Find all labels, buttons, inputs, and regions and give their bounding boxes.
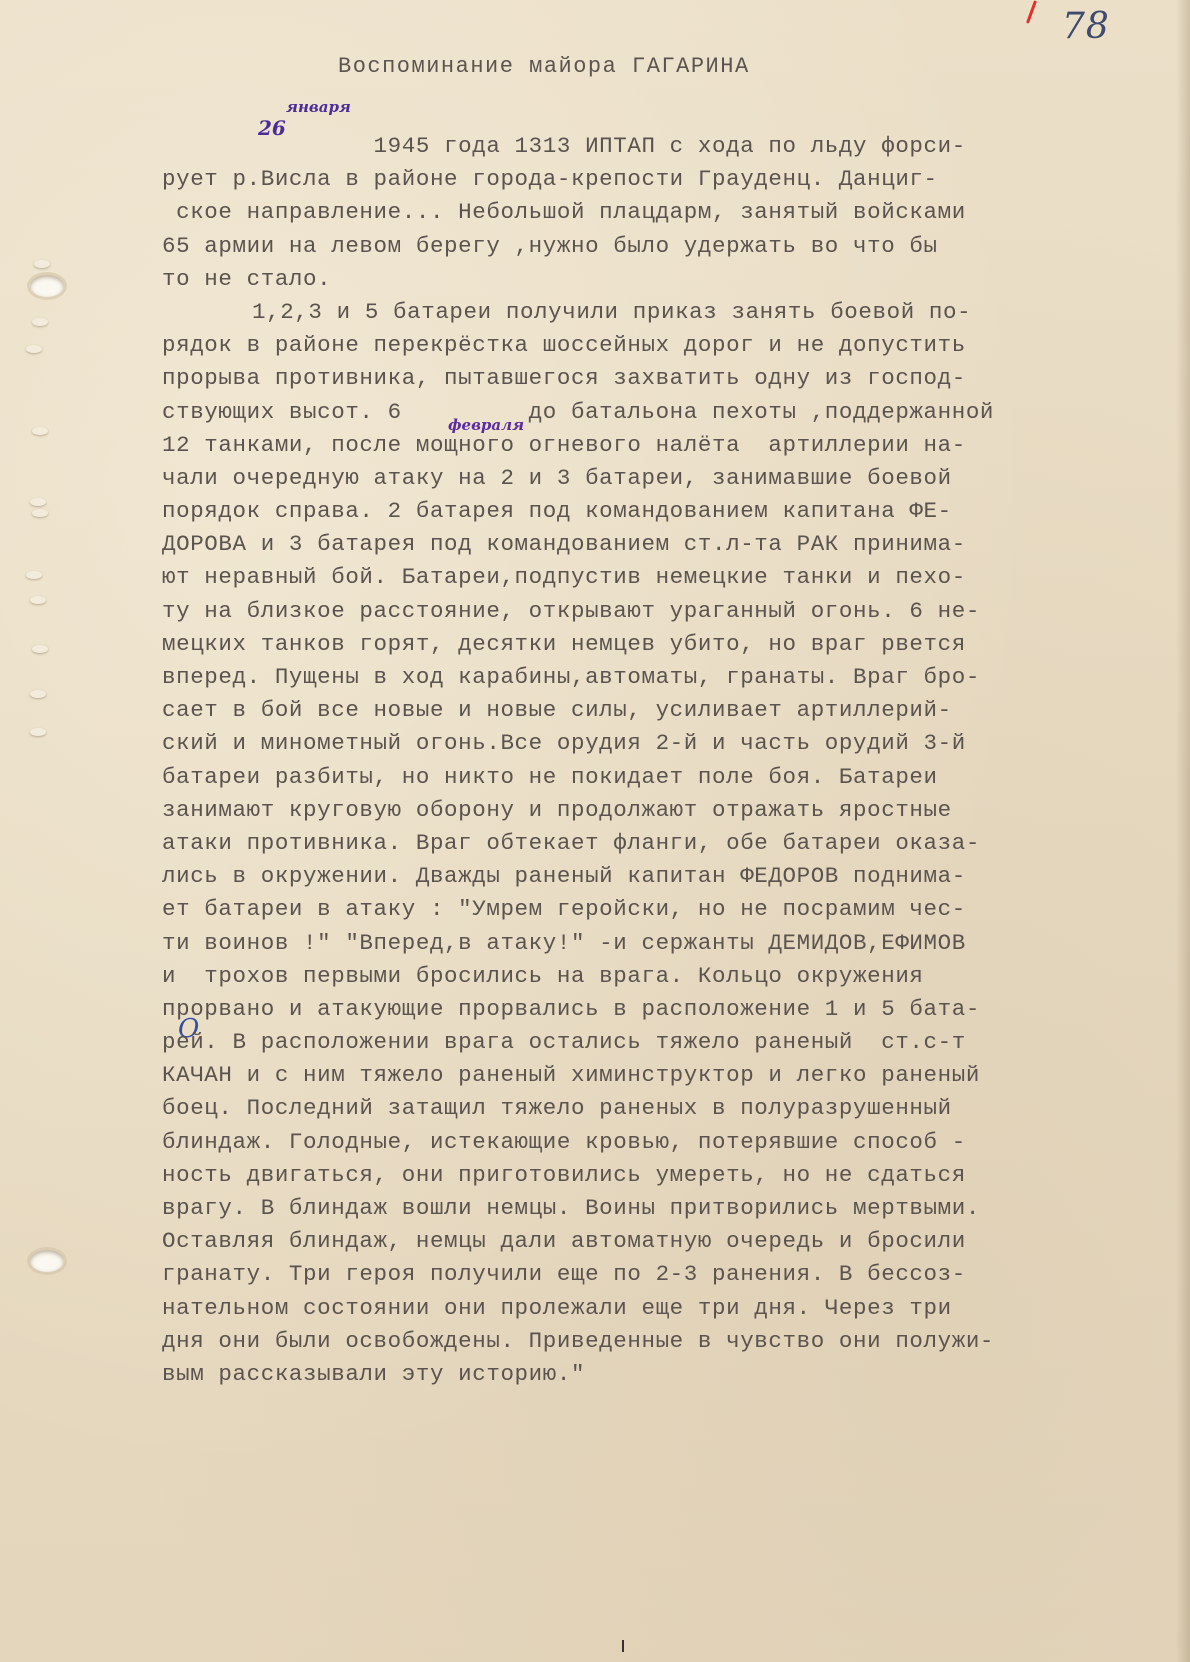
text-line: дня они были освобождены. Приведенные в … xyxy=(162,1325,1082,1358)
text-line: и трохов первыми бросились на врага. Кол… xyxy=(162,960,1082,993)
text-line: ский и минометный огонь.Все орудия 2-й и… xyxy=(162,727,1082,760)
red-pencil-mark xyxy=(1026,0,1037,24)
text-line: ти воинов !" "Вперед,в атаку!" -и сержан… xyxy=(162,927,1082,960)
text-line: лись в окружении. Дважды раненый капитан… xyxy=(162,860,1082,893)
text-line: то не стало. xyxy=(162,263,1082,296)
folio-number: 78 xyxy=(1062,6,1110,47)
binder-dent xyxy=(32,509,48,517)
text-line: рует р.Висла в районе города-крепости Гр… xyxy=(162,163,1082,196)
text-line: прорыва противника, пытавшегося захватит… xyxy=(162,362,1082,395)
binder-dent xyxy=(26,571,42,579)
binder-dent xyxy=(30,596,46,604)
punch-hole-top xyxy=(30,275,64,297)
text-line: атаки противника. Враг обтекает фланги, … xyxy=(162,827,1082,860)
binder-dent xyxy=(32,318,48,326)
text-line: рядок в районе перекрёстка шоссейных дор… xyxy=(162,329,1082,362)
text-line: боец. Последний затащил тяжело раненых в… xyxy=(162,1092,1082,1125)
text-line: батареи разбиты, но никто не покидает по… xyxy=(162,761,1082,794)
binder-dent xyxy=(34,260,50,268)
text-line: блиндаж. Голодные, истекающие кровью, по… xyxy=(162,1126,1082,1159)
document-page: 78 Воспоминание майора ГАГАРИНА января 2… xyxy=(0,0,1190,1662)
handwritten-month: января xyxy=(286,98,351,116)
text-line: ту на близкое расстояние, открывают ураг… xyxy=(162,595,1082,628)
text-line: врагу. В блиндаж вошли немцы. Воины прит… xyxy=(162,1192,1082,1225)
text-line: КАЧАН и с ним тяжело раненый химинструкт… xyxy=(162,1059,1082,1092)
text-line: ет батареи в атаку : "Умрем геройски, но… xyxy=(162,893,1082,926)
binder-dent xyxy=(30,728,46,736)
binder-dent xyxy=(32,645,48,653)
binder-dent xyxy=(26,345,42,353)
punch-hole-bottom xyxy=(30,1250,64,1272)
text-line: 12 танками, после мощного огневого налёт… xyxy=(162,429,1082,462)
text-line: мецких танков горят, десятки немцев убит… xyxy=(162,628,1082,661)
text-line: вым рассказывали эту историю." xyxy=(162,1358,1082,1391)
typewritten-body: 1945 года 1313 ИПТАП с хода по льду форс… xyxy=(162,130,1082,1391)
text-line: ют неравный бой. Батареи,подпустив немец… xyxy=(162,561,1082,594)
page-mark xyxy=(622,1640,624,1652)
binder-dent xyxy=(30,498,46,506)
text-line: ское направление... Небольшой плацдарм, … xyxy=(162,196,1082,229)
text-line: порядок справа. 2 батарея под командован… xyxy=(162,495,1082,528)
text-line: рей. В расположении врага остались тяжел… xyxy=(162,1026,1082,1059)
text-line: ность двигаться, они приготовились умере… xyxy=(162,1159,1082,1192)
text-line: 65 армии на левом берегу ,нужно было уде… xyxy=(162,230,1082,263)
document-title: Воспоминание майора ГАГАРИНА xyxy=(338,54,750,79)
text-line: чали очередную атаку на 2 и 3 батареи, з… xyxy=(162,462,1082,495)
text-line: занимают круговую оборону и продолжают о… xyxy=(162,794,1082,827)
text-line: вперед. Пущены в ход карабины,автоматы, … xyxy=(162,661,1082,694)
text-line: 1,2,3 и 5 батареи получили приказ занять… xyxy=(162,296,1082,329)
text-line: Оставляя блиндаж, немцы дали автоматную … xyxy=(162,1225,1082,1258)
binder-dent xyxy=(30,690,46,698)
text-line: гранату. Три героя получили еще по 2-3 р… xyxy=(162,1258,1082,1291)
binder-dent xyxy=(32,427,48,435)
text-line: сает в бой все новые и новые силы, усили… xyxy=(162,694,1082,727)
text-line: нательном состоянии они пролежали еще тр… xyxy=(162,1292,1082,1325)
text-line: ствующих высот. 6 до батальона пехоты ,п… xyxy=(162,396,1082,429)
text-line: 1945 года 1313 ИПТАП с хода по льду форс… xyxy=(162,130,1082,163)
text-line: ДОРОВА и 3 батарея под командованием ст.… xyxy=(162,528,1082,561)
text-line: прорвано и атакующие прорвались в распол… xyxy=(162,993,1082,1026)
